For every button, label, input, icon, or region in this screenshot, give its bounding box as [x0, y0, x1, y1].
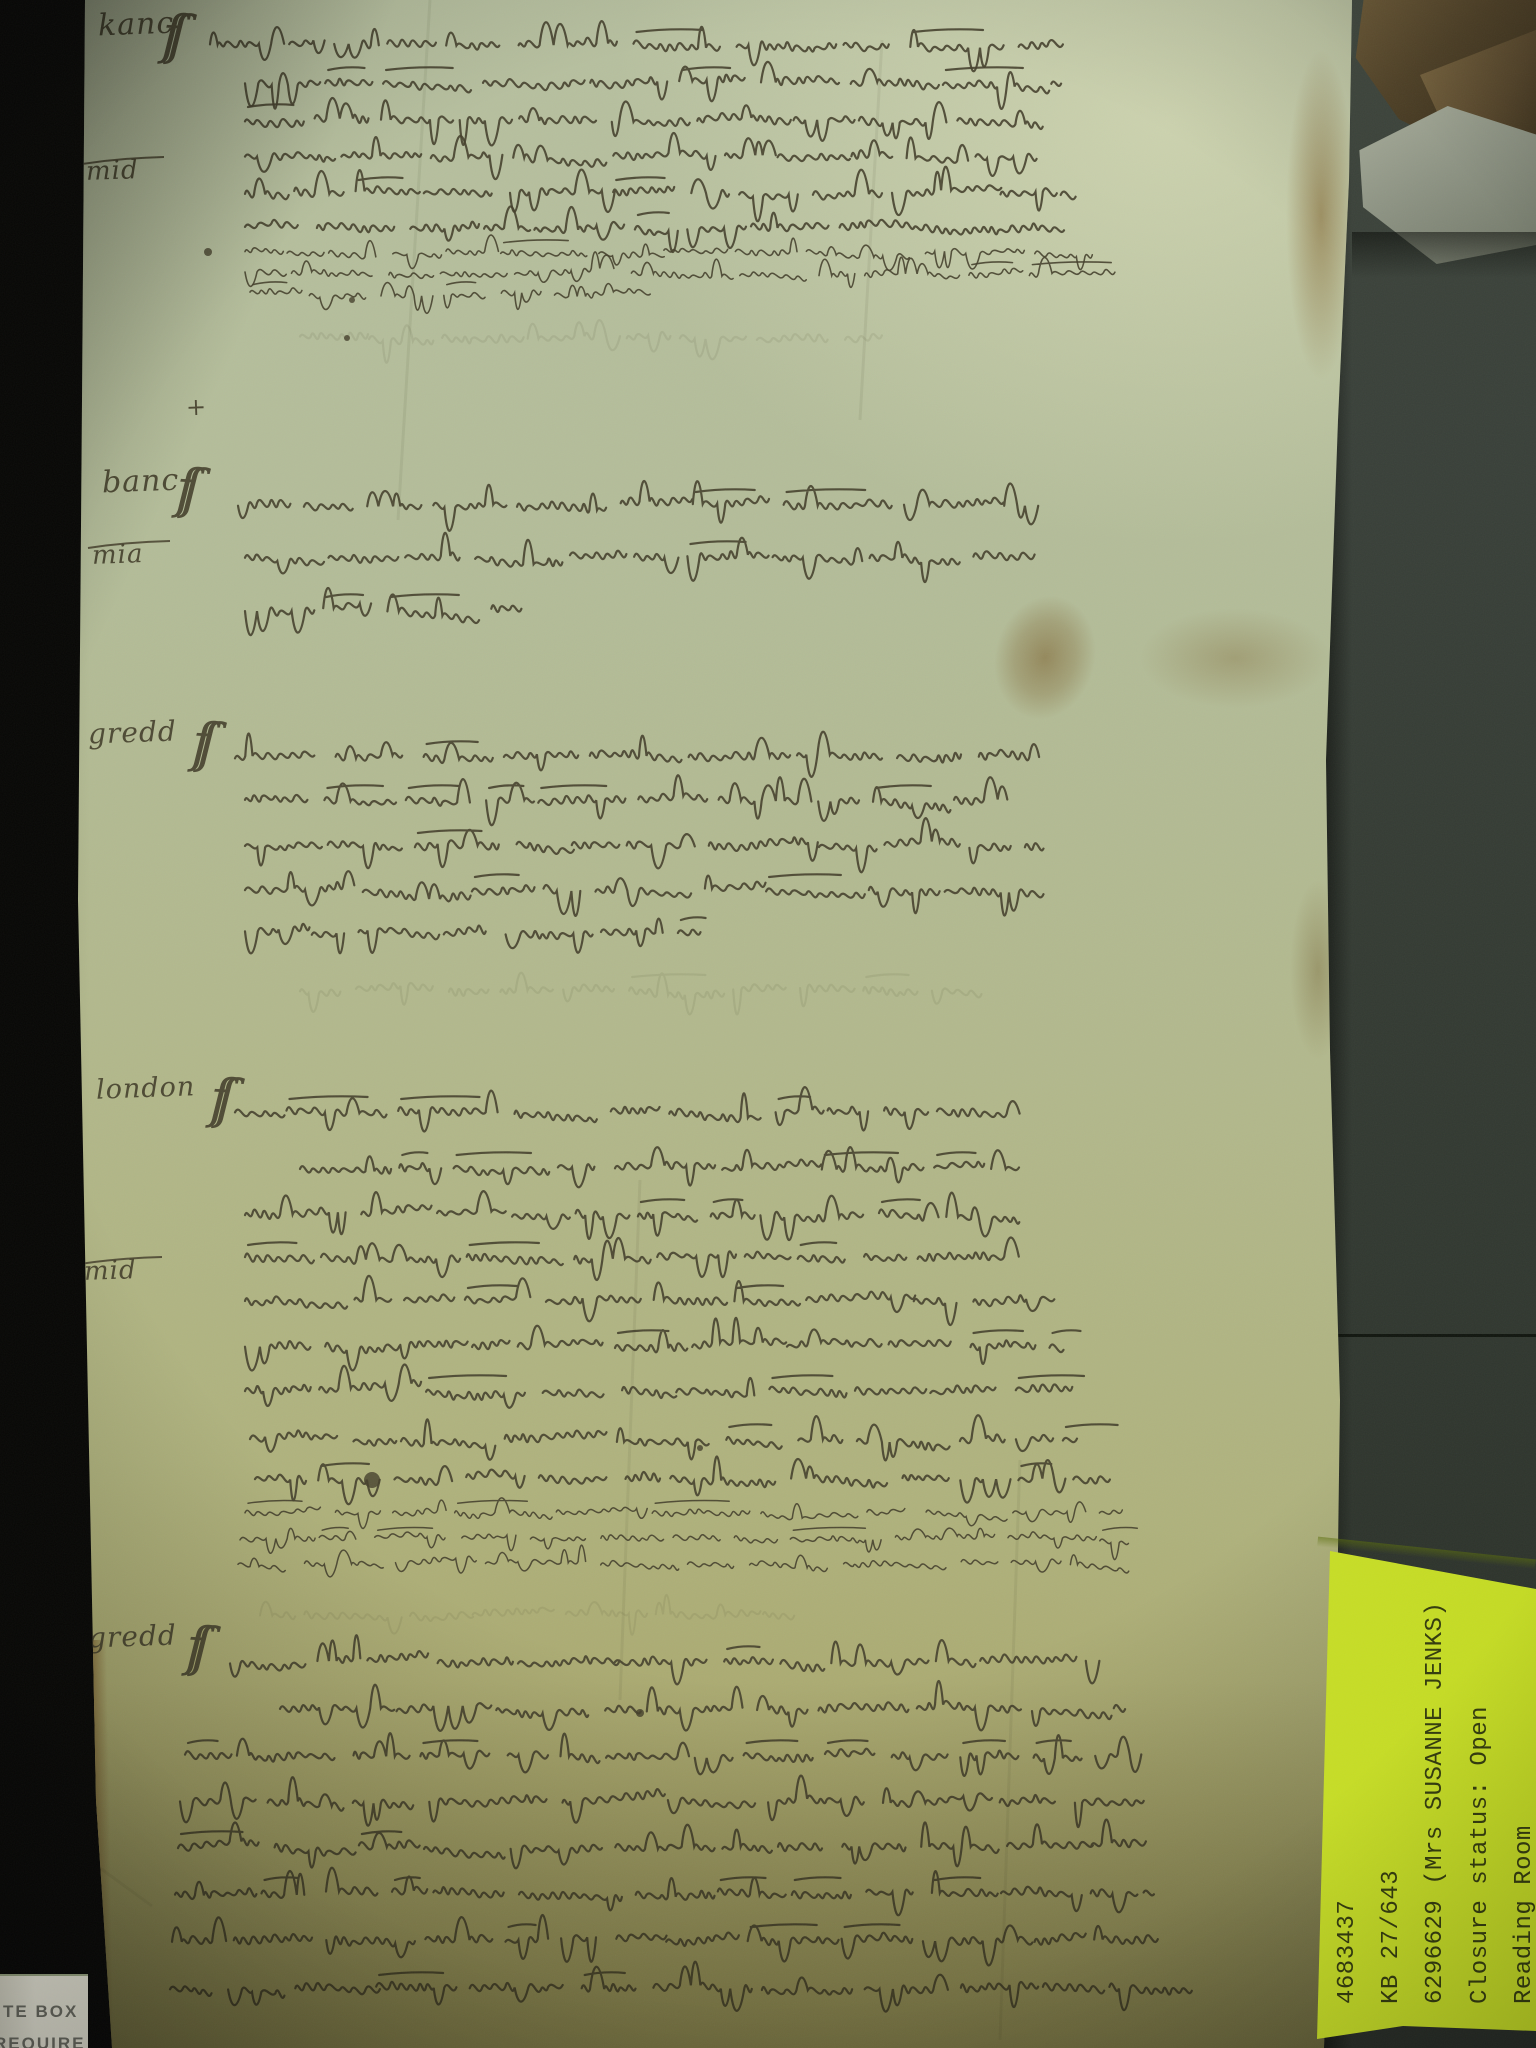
page-vignette [0, 0, 1536, 2048]
parchment-membrane: kancſſmidbancſſmiagreddſſlondonſſmidgred… [0, 0, 1536, 2048]
box-label-line-2: REQUIRE [0, 2034, 85, 2048]
slip-closure-status: Closure status: Open [1469, 1524, 1493, 2004]
crumple-shadow [1352, 232, 1536, 278]
slip-order-number: 4683437 [1336, 1524, 1360, 2004]
slip-document-reference: KB 27/643 [1380, 1524, 1404, 2004]
box-label: TE BOX REQUIRE [0, 1974, 88, 2048]
box-label-line-1: TE BOX [3, 2002, 78, 2022]
slip-reading-room: Reading Room [1513, 1524, 1536, 2004]
slip-reader-id: 6296629 (Mrs SUSANNE JENKS) [1424, 1524, 1448, 2004]
photo-of-manuscript: kancſſmidbancſſmiagreddſſlondonſſmidgred… [0, 0, 1536, 2048]
